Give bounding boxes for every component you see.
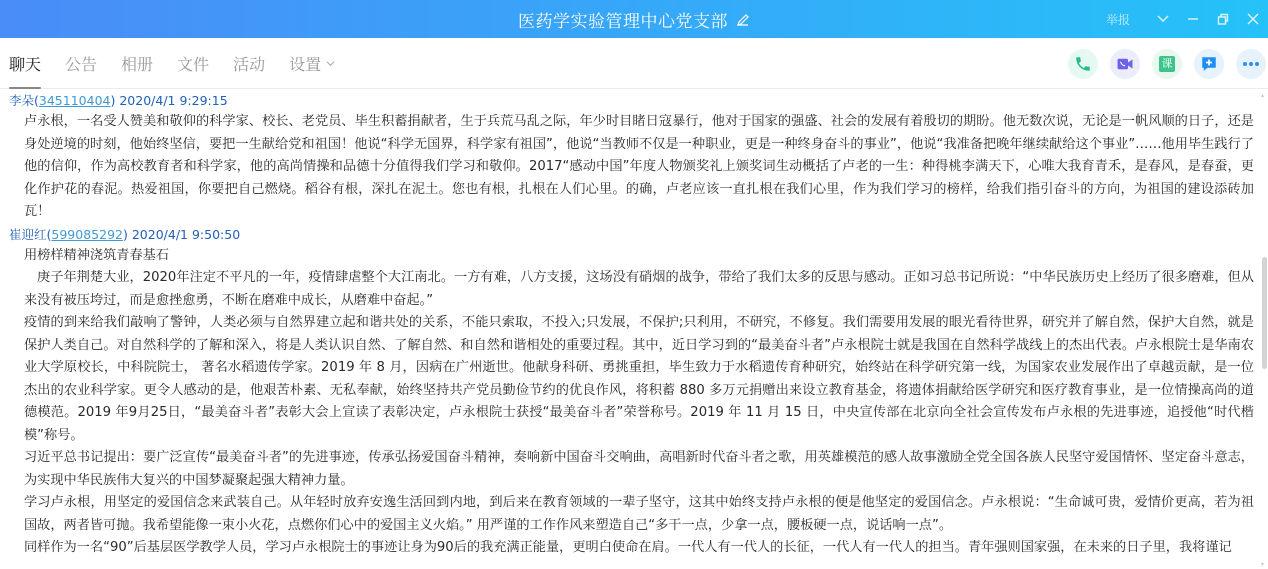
scroll-up-icon[interactable]: ▴	[1261, 92, 1267, 98]
restore-icon	[1217, 13, 1229, 25]
phone-icon	[1074, 55, 1092, 73]
tab-label: 相册	[121, 52, 153, 75]
message-paragraph: 习近平总书记提出：要广泛宣传“最美奋斗者”的先进事迹，传承弘扬爱国奋斗精神，奏响…	[24, 447, 1254, 492]
close-button[interactable]	[1238, 0, 1268, 38]
sender-qq-link[interactable]: 599085292	[51, 227, 123, 242]
chat-message: 李朵(345110404) 2020/4/1 9:29:15 卢永根，一名受人赞…	[0, 90, 1268, 224]
window-title-area: 医药学实验管理中心党支部	[0, 0, 1268, 38]
title-bar: 医药学实验管理中心党支部 举报	[0, 0, 1268, 38]
tab-chat[interactable]: 聊天	[9, 38, 41, 89]
message-paragraph: 学习卢永根，用坚定的爱国信念来武装自己。从年轻时放弃安逸生活回到内地，到后来在教…	[24, 492, 1254, 537]
video-call-button[interactable]	[1110, 49, 1140, 79]
sender-qq-link[interactable]: 345110404	[39, 93, 111, 108]
course-icon: 课	[1159, 56, 1175, 72]
tab-label: 聊天	[9, 52, 41, 75]
chevron-down-icon	[326, 59, 335, 68]
add-note-button[interactable]	[1194, 49, 1224, 79]
message-body: 卢永根，一名受人赞美和敬仰的科学家、校长、老党员、毕生积蓄捐献者，生于兵荒马乱之…	[0, 111, 1268, 224]
tab-announcement[interactable]: 公告	[65, 38, 97, 89]
chat-scrollbar[interactable]: ▴ ▾	[1260, 90, 1268, 569]
message-paragraph: 庚子年荆楚大业，2020年注定不平凡的一年，疫情肆虐整个大江南北。一方有难，八方…	[24, 267, 1254, 312]
tab-activity[interactable]: 活动	[233, 38, 265, 89]
add-note-icon	[1200, 55, 1218, 73]
message-timestamp: 2020/4/1 9:29:15	[119, 93, 227, 108]
dropdown-button[interactable]	[1148, 0, 1178, 38]
message-header: 李朵(345110404) 2020/4/1 9:29:15	[0, 90, 1268, 111]
edit-title-icon[interactable]	[736, 12, 750, 26]
phone-call-button[interactable]	[1068, 49, 1098, 79]
tab-files[interactable]: 文件	[177, 38, 209, 89]
message-body: 用榜样精神浇筑青春基石 庚子年荆楚大业，2020年注定不平凡的一年，疫情肆虐整个…	[0, 245, 1268, 560]
tabs: 聊天 公告 相册 文件 活动 设置	[9, 38, 359, 89]
tab-album[interactable]: 相册	[121, 38, 153, 89]
chat-message-list[interactable]: 李朵(345110404) 2020/4/1 9:29:15 卢永根，一名受人赞…	[0, 90, 1268, 569]
window-controls: 举报	[1106, 0, 1268, 38]
course-button[interactable]: 课	[1152, 49, 1182, 79]
more-button[interactable]	[1236, 49, 1266, 79]
message-paragraph: 疫情的到来给我们敲响了警钟，人类必须与自然界建立起和谐共处的关系，不能只索取，不…	[24, 312, 1254, 447]
tab-label: 文件	[177, 52, 209, 75]
action-buttons: 课	[1056, 49, 1266, 79]
message-timestamp: 2020/4/1 9:50:50	[132, 227, 240, 242]
tab-bar: 聊天 公告 相册 文件 活动 设置 课	[0, 38, 1268, 89]
minimize-button[interactable]	[1178, 0, 1208, 38]
sender-name[interactable]: 李朵	[9, 93, 34, 108]
window-title: 医药学实验管理中心党支部	[518, 7, 728, 32]
message-paragraph: 用榜样精神浇筑青春基石	[24, 245, 1254, 268]
report-button[interactable]: 举报	[1106, 11, 1130, 28]
tab-label: 公告	[65, 52, 97, 75]
scrollbar-thumb[interactable]	[1262, 257, 1267, 369]
minimize-icon	[1187, 13, 1199, 25]
tab-settings[interactable]: 设置	[289, 38, 335, 89]
message-paragraph: 同样作为一名“90”后基层医学教学人员，学习卢永根院士的事迹让身为90后的我充满…	[24, 537, 1254, 560]
close-icon	[1247, 13, 1259, 25]
video-icon	[1116, 55, 1134, 73]
chat-message: 崔迎红(599085292) 2020/4/1 9:50:50 用榜样精神浇筑青…	[0, 224, 1268, 560]
restore-button[interactable]	[1208, 0, 1238, 38]
tab-label: 设置	[289, 52, 321, 75]
scroll-down-icon[interactable]: ▾	[1261, 561, 1267, 567]
message-paragraph: 卢永根，一名受人赞美和敬仰的科学家、校长、老党员、毕生积蓄捐献者，生于兵荒马乱之…	[24, 111, 1254, 224]
message-header: 崔迎红(599085292) 2020/4/1 9:50:50	[0, 224, 1268, 245]
sender-name[interactable]: 崔迎红	[9, 227, 47, 242]
tab-label: 活动	[233, 52, 265, 75]
more-icon	[1242, 61, 1260, 67]
chevron-down-icon	[1157, 15, 1169, 23]
